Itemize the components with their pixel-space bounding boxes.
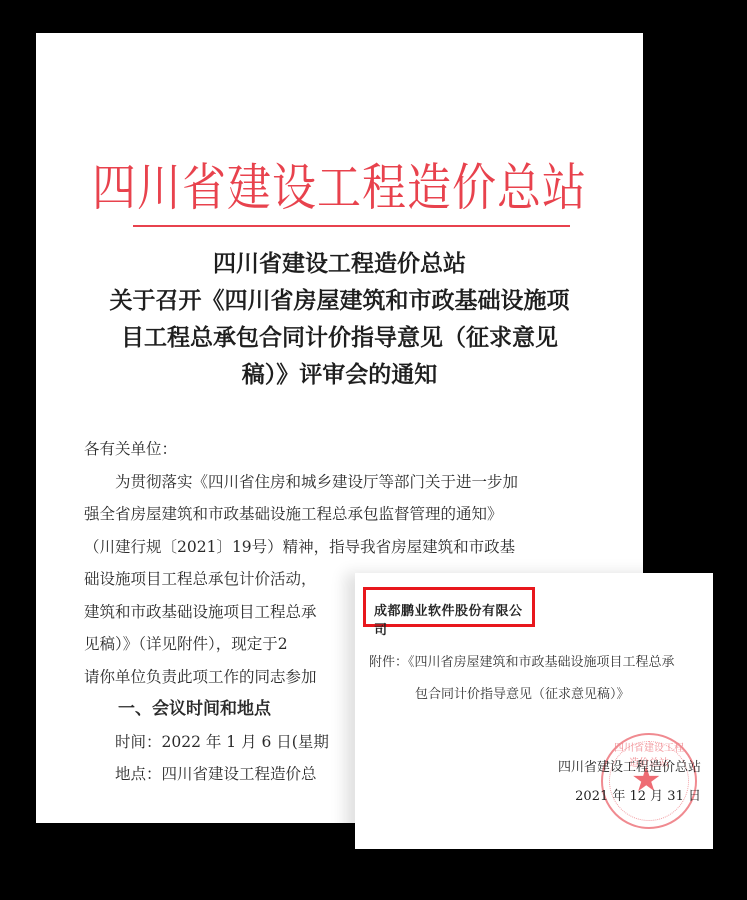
signature-org: 四川省建设工程造价总站 (558, 753, 701, 782)
document-title: 四川省建设工程造价总站 关于召开《四川省房屋建筑和市政基础设施项 目工程总承包合… (76, 246, 603, 394)
salutation: 各有关单位： (84, 433, 604, 466)
signature-block: 四川省建设工程造价总站 2021 年 12 月 31 日 (558, 753, 701, 811)
letterhead: 四川省建设工程造价总站 (36, 146, 643, 220)
company-name: 成都鹏业软件股份有限公司 (374, 600, 532, 638)
title-line: 四川省建设工程造价总站 (76, 246, 603, 283)
attachment-note: 附件：《四川省房屋建筑和市政基础设施项目工程总承 包合同计价指导意见（征求意见稿… (369, 647, 675, 711)
body-line: 强全省房屋建筑和市政基础设施工程总承包监督管理的通知》 (84, 498, 604, 531)
title-line: 目工程总承包合同计价指导意见（征求意见 (76, 320, 603, 357)
title-line: 稿）》评审会的通知 (76, 357, 603, 394)
attachment-line: 包合同计价指导意见（征求意见稿）》 (369, 679, 675, 711)
title-line: 关于召开《四川省房屋建筑和市政基础设施项 (76, 283, 603, 320)
body-line: （川建行规〔2021〕19号）精神，指导我省房屋建筑和市政基 (84, 531, 604, 564)
signature-page-excerpt: 成都鹏业软件股份有限公司 附件：《四川省房屋建筑和市政基础设施项目工程总承 包合… (355, 573, 713, 849)
body-line: 为贯彻落实《四川省住房和城乡建设厅等部门关于进一步加 (84, 466, 604, 499)
attachment-line: 附件：《四川省房屋建筑和市政基础设施项目工程总承 (369, 647, 675, 679)
company-highlight-box: 成都鹏业软件股份有限公司 (363, 587, 535, 627)
signature-date: 2021 年 12 月 31 日 (558, 782, 701, 811)
letterhead-divider (133, 225, 570, 227)
